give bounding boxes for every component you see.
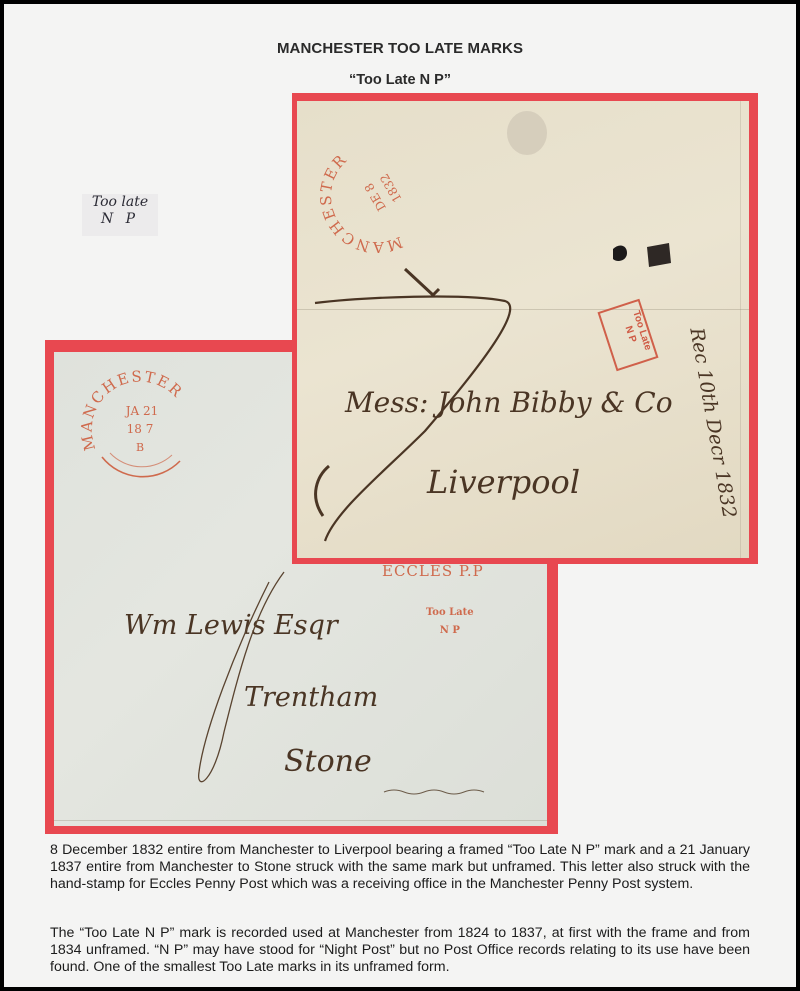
specimen-label: Too late N P — [82, 194, 158, 236]
address-line-1: Mess: John Bibby & Co — [345, 386, 673, 419]
album-page: MANCHESTER TOO LATE MARKS “Too Late N P”… — [0, 0, 800, 991]
address-line-2: Liverpool — [427, 463, 580, 501]
specimen-label-line1: Too late — [82, 194, 158, 211]
page-title: MANCHESTER TOO LATE MARKS — [0, 40, 800, 57]
caption-paragraph-2: The “Too Late N P” mark is recorded used… — [50, 925, 750, 976]
letter-1832-entire: MANCHESTER DE 8 1832 Too Late N P Mess: … — [297, 101, 749, 558]
specimen-label-line2: N P — [82, 211, 158, 228]
caption-paragraph-1: 8 December 1832 entire from Manchester t… — [50, 842, 750, 893]
page-subtitle: “Too Late N P” — [0, 72, 800, 88]
